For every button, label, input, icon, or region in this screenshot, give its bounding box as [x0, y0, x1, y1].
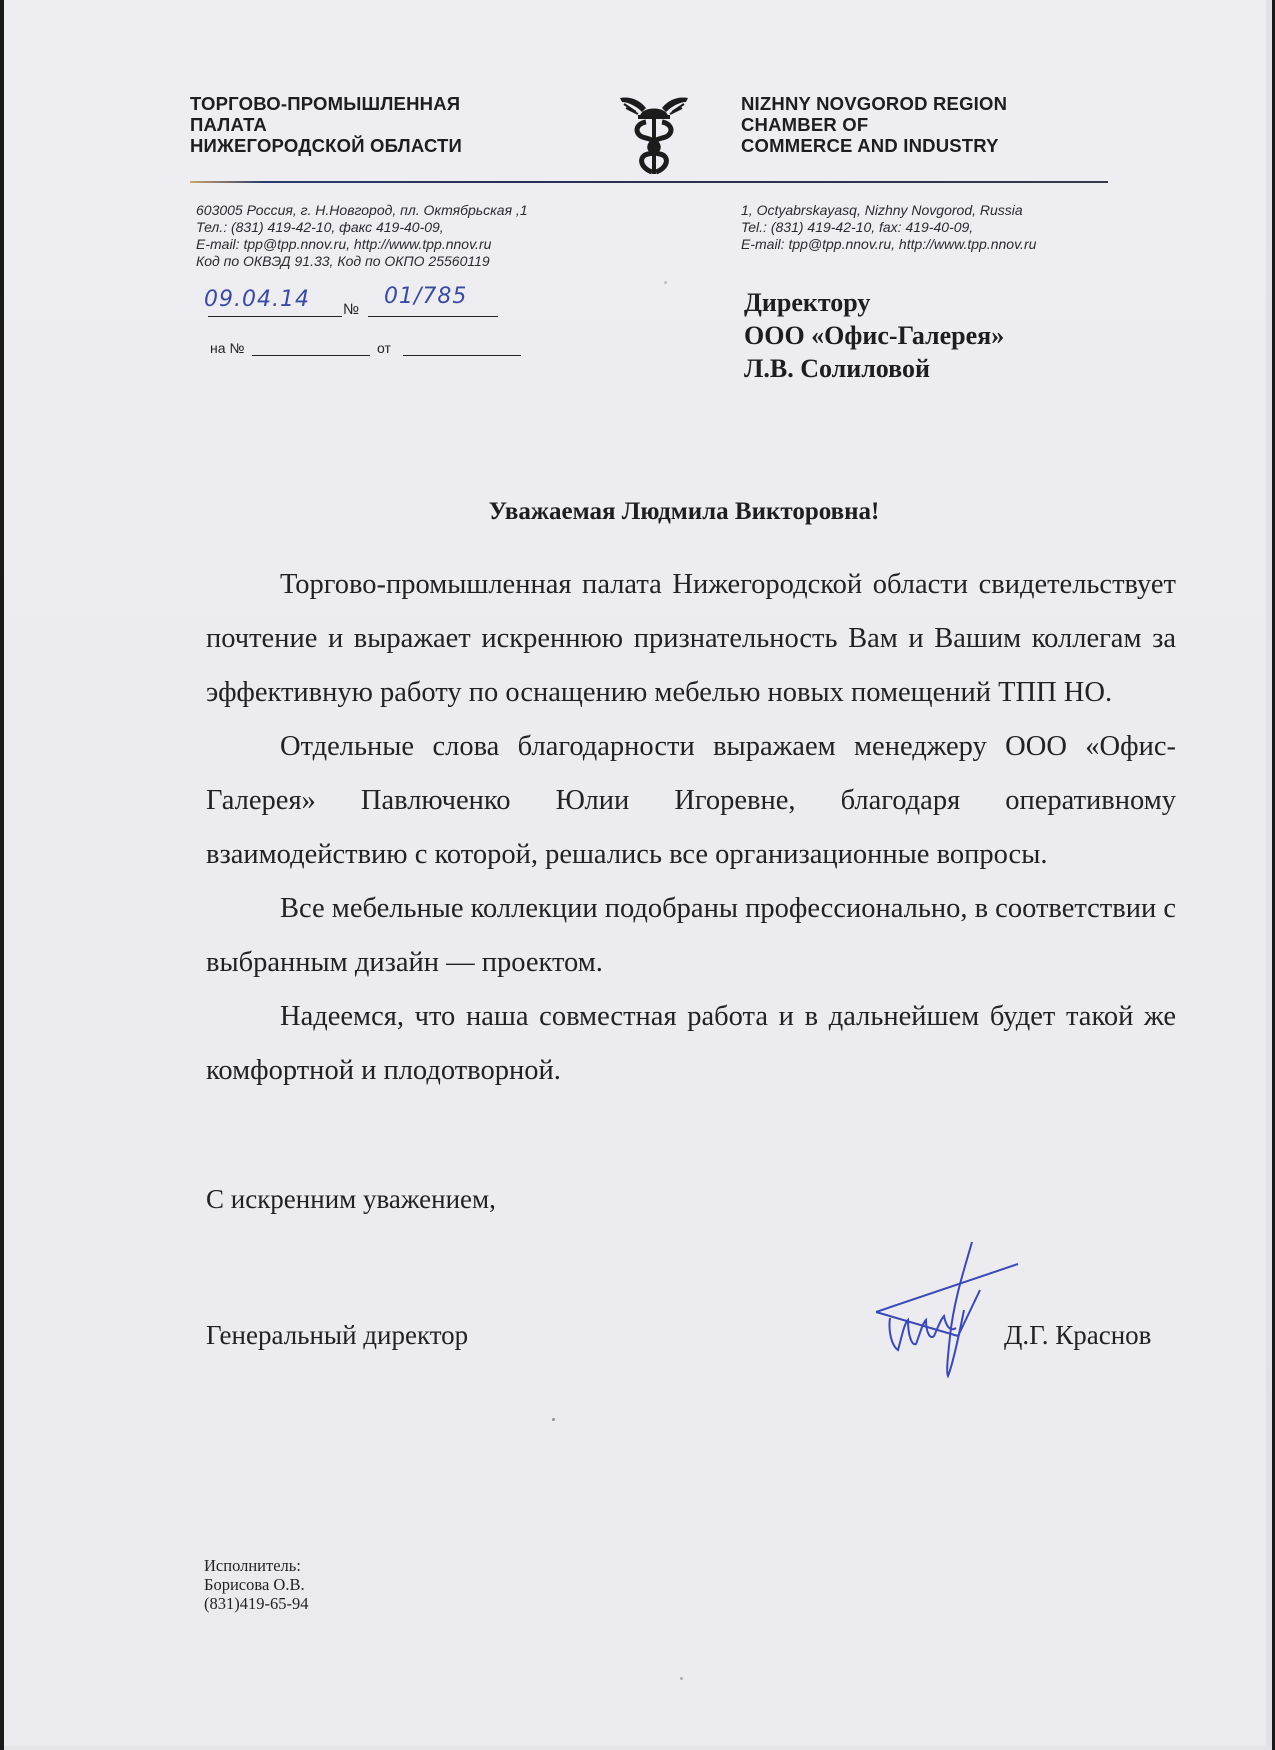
address-line: 1, Octyabrskayasq, Nizhny Novgorod, Russ… — [741, 202, 1036, 219]
letterhead-title-en-line: COMMERCE AND INDUSTRY — [741, 135, 1007, 156]
executor-label: Исполнитель: — [204, 1556, 308, 1575]
scan-speck — [680, 1677, 683, 1680]
address-line: 603005 Россия, г. Н.Новгород, пл. Октябр… — [196, 202, 528, 219]
letter-body: Торгово-промышленная палата Нижегородско… — [206, 558, 1176, 1098]
caduceus-icon — [616, 92, 692, 178]
reply-to-date-line — [403, 355, 521, 356]
recipient-line: Директору — [744, 286, 1004, 319]
recipient-line: ООО «Офис-Галерея» — [744, 319, 1004, 352]
body-paragraph: Торгово-промышленная палата Нижегородско… — [206, 558, 1176, 720]
letterhead-title-ru: ТОРГОВО-ПРОМЫШЛЕННАЯ ПАЛАТА НИЖЕГОРОДСКО… — [190, 93, 462, 156]
signer-name: Д.Г. Краснов — [1004, 1320, 1151, 1351]
date-underline — [208, 316, 342, 317]
greeting: Уважаемая Людмила Викторовна! — [184, 498, 1184, 526]
letter-page: ТОРГОВО-ПРОМЫШЛЕННАЯ ПАЛАТА НИЖЕГОРОДСКО… — [4, 0, 1272, 1750]
letterhead-title-ru-line: ТОРГОВО-ПРОМЫШЛЕННАЯ — [190, 93, 462, 114]
outgoing-number: 01/785 — [384, 284, 467, 309]
reply-to-label: на № — [210, 340, 244, 356]
executor-phone: (831)419-65-94 — [204, 1594, 308, 1613]
number-label: № — [343, 301, 359, 318]
executor-block: Исполнитель: Борисова О.В. (831)419-65-9… — [204, 1556, 308, 1613]
recipient-line: Л.В. Солиловой — [744, 352, 1004, 385]
letterhead-title-en-line: NIZHNY NOVGOROD REGION — [741, 93, 1007, 114]
body-paragraph: Все мебельные коллекции подобраны профес… — [206, 882, 1176, 990]
letterhead-title-ru-line: НИЖЕГОРОДСКОЙ ОБЛАСТИ — [190, 135, 462, 156]
handwritten-signature-icon — [868, 1240, 1028, 1380]
number-underline — [368, 316, 498, 317]
from-label: от — [377, 340, 391, 356]
letterhead-title-ru-line: ПАЛАТА — [190, 114, 462, 135]
letterhead-title-en-line: CHAMBER OF — [741, 114, 1007, 135]
executor-name: Борисова О.В. — [204, 1575, 308, 1594]
address-block-ru: 603005 Россия, г. Н.Новгород, пл. Октябр… — [196, 202, 528, 270]
body-paragraph: Надеемся, что наша совместная работа и в… — [206, 990, 1176, 1098]
signer-position: Генеральный директор — [206, 1320, 468, 1351]
outgoing-date: 09.04.14 — [204, 287, 310, 312]
address-block-en: 1, Octyabrskayasq, Nizhny Novgorod, Russ… — [741, 202, 1036, 253]
letterhead-divider — [190, 181, 1108, 183]
scan-speck — [664, 281, 667, 284]
address-line: E-mail: tpp@tpp.nnov.ru, http://www.tpp.… — [741, 236, 1036, 253]
address-line: E-mail: tpp@tpp.nnov.ru, http://www.tpp.… — [196, 236, 528, 253]
reply-to-number-line — [252, 355, 370, 356]
address-line: Код по ОКВЭД 91.33, Код по ОКПО 25560119 — [196, 253, 528, 270]
scan-speck — [552, 1418, 555, 1421]
letterhead-title-en: NIZHNY NOVGOROD REGION CHAMBER OF COMMER… — [741, 93, 1007, 156]
address-line: Тел.: (831) 419-42-10, факс 419-40-09, — [196, 219, 528, 236]
closing-phrase: С искренним уважением, — [206, 1184, 496, 1215]
recipient-block: Директору ООО «Офис-Галерея» Л.В. Солило… — [744, 286, 1004, 385]
body-paragraph: Отдельные слова благодарности выражаем м… — [206, 720, 1176, 882]
address-line: Tel.: (831) 419-42-10, fax: 419-40-09, — [741, 219, 1036, 236]
